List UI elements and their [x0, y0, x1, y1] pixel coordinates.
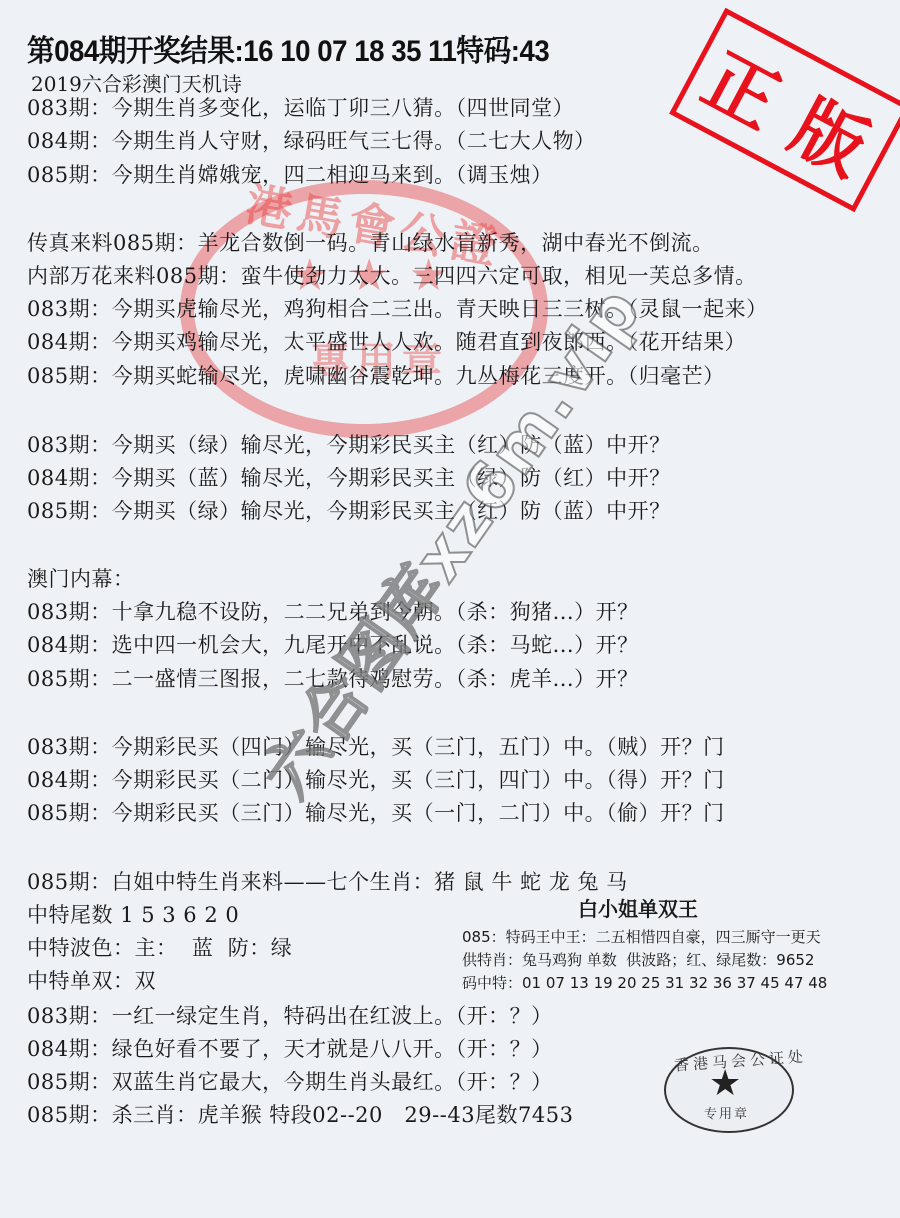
black-seal-bottom-text: 专用章 [704, 1103, 749, 1122]
baijie-zodiac-line: 085期：白姐中特生肖来料——七个生肖：猪 鼠 牛 蛇 龙 兔 马 [27, 868, 628, 896]
baixiaojie-line: 供特肖：兔马鸡狗 单数 供波路；红、绿尾数：9652 [462, 949, 814, 970]
page-title: 第084期开奖结果:16 10 07 18 35 11特码:43 [27, 26, 549, 70]
poem-line: 083期：今期生肖多变化，运临丁卯三八猜。（四世同堂） [27, 94, 574, 122]
doors-line: 084期：今期彩民买（二门）输尽光，买（三门，四门）中。（得）开？门 [27, 766, 725, 794]
zhengban-stamp-char-2: 版 [776, 70, 892, 198]
baijie-tail-line: 中特尾数 1 5 3 6 2 0 [27, 901, 239, 929]
star-icon: ★ [709, 1066, 741, 1102]
baijie-odd-even-line: 中特单双：双 [27, 967, 156, 995]
poem-line: 085期：今期生肖嫦娥宠，四二相迎马来到。（调玉烛） [27, 161, 553, 189]
page-subtitle: 2019六合彩澳门天机诗 [31, 68, 242, 97]
final-line: 085期：杀三肖：虎羊猴 特段02--20 29--43尾数7453 [27, 1101, 574, 1129]
fax-line: 内部万花来料085期：蛮牛使劲力太大。三四四六定可取，相见一芙总多情。 [27, 262, 757, 290]
poem-line: 084期：今期生肖人守财，绿码旺气三七得。（二七大人物） [27, 127, 596, 155]
baixiaojie-line: 085：特码王中王：二五相惜四自豪，四三厮守一更天 [462, 926, 821, 947]
macau-inside-heading: 澳门内幕： [27, 565, 135, 593]
final-line: 084期：绿色好看不要了，天才就是八八开。（开：？） [27, 1035, 553, 1063]
zhengban-stamp-char-1: 正 [688, 23, 804, 151]
baijie-tail-values: 1 5 3 6 2 0 [120, 903, 239, 927]
colors-line: 085期：今期买（绿）输尽光，今期彩民买主（红）防（蓝）中开？ [27, 497, 671, 525]
doors-line: 083期：今期彩民买（四门）输尽光，买（三门，五门）中。（贼）开？门 [27, 733, 725, 761]
baixiaojie-title: 白小姐单双王 [578, 893, 698, 922]
fax-line: 传真来料085期：羊龙合数倒一码。青山绿水盲新秀，湖中春光不倒流。 [27, 229, 714, 257]
final-line: 085期：双蓝生肖它最大，今期生肖头最红。（开：？） [27, 1068, 553, 1096]
baijie-tail-label: 中特尾数 [27, 903, 113, 927]
zhengban-stamp: 正 版 [669, 8, 900, 213]
colors-line: 084期：今期买（蓝）输尽光，今期彩民买主（绿）防（红）中开？ [27, 464, 671, 492]
baijie-wave-line: 中特波色：主： 蓝 防：绿 [27, 934, 292, 962]
baixiaojie-line: 码中特：01 07 13 19 20 25 31 32 36 37 45 47 … [462, 972, 827, 993]
final-line: 083期：一红一绿定生肖，特码出在红波上。（开：？） [27, 1002, 553, 1030]
doors-line: 085期：今期彩民买（三门）输尽光，买（一门，二门）中。（偷）开？门 [27, 799, 725, 827]
